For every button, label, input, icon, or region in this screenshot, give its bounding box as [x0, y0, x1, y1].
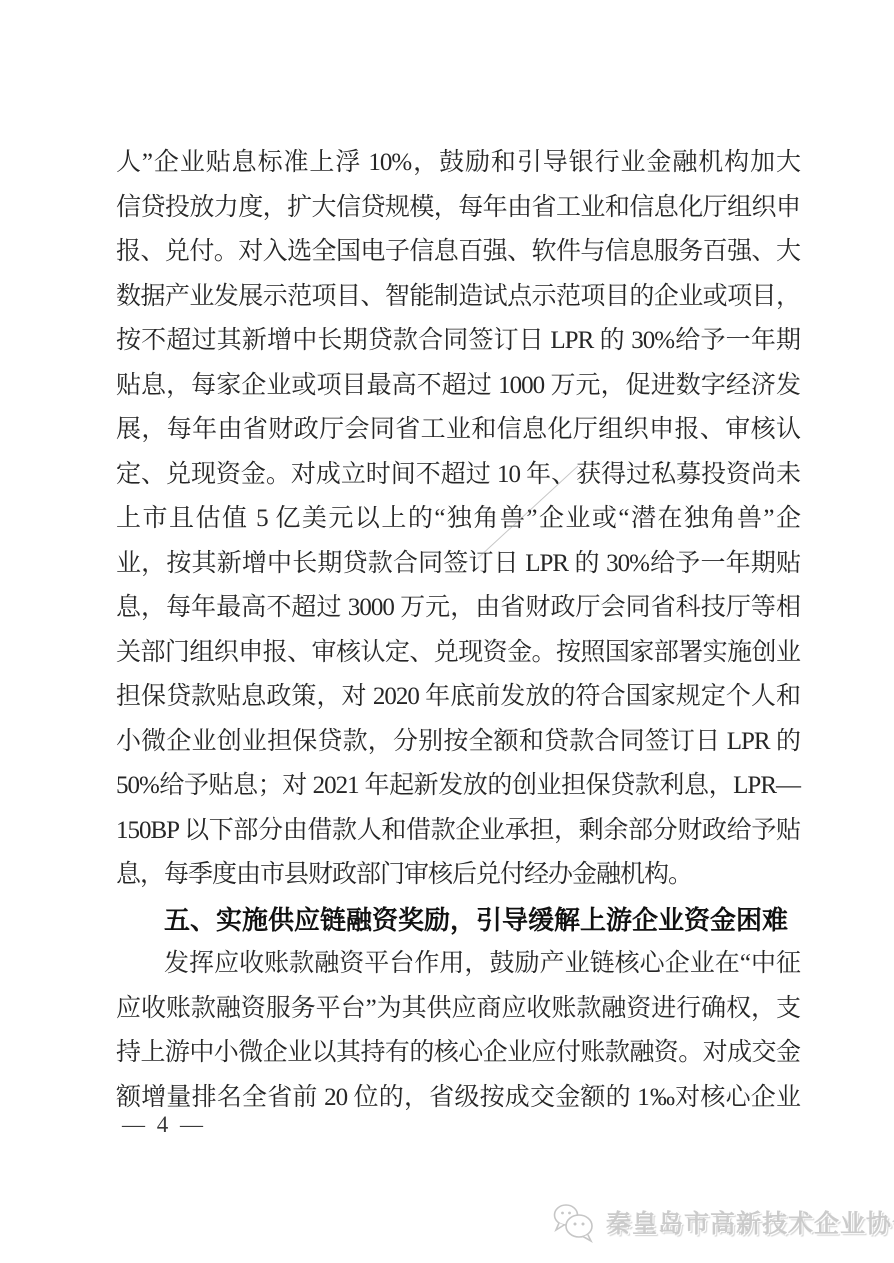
text-line: 应收账款融资服务平台”为其供应商应收账款融资进行确权，支	[116, 987, 800, 1032]
text-line: 担保贷款贴息政策，对 2020 年底前发放的符合国家规定个人和	[116, 675, 800, 720]
text-line: 小微企业创业担保贷款，分别按全额和贷款合同签订日 LPR 的	[116, 720, 800, 765]
body-text: 人”企业贴息标准上浮 10%，鼓励和引导银行业金融机构加大信贷投放力度，扩大信贷…	[116, 141, 800, 1120]
page-number: — 4 —	[122, 1112, 206, 1138]
text-line: 定、兑现资金。对成立时间不超过 10 年、获得过私募投资尚未	[116, 453, 800, 498]
text-line: 150BP 以下部分由借款人和借款企业承担，剩余部分财政给予贴	[116, 809, 800, 854]
text-line: 上市且估值 5 亿美元以上的“独角兽”企业或“潜在独角兽”企	[116, 497, 800, 542]
paragraph: 发挥应收账款融资平台作用，鼓励产业链核心企业在“中征应收账款融资服务平台”为其供…	[116, 942, 800, 1120]
wechat-icon	[550, 1198, 598, 1246]
association-watermark: 秦皇岛市高新技术企业协会	[550, 1198, 894, 1246]
document-page: 人”企业贴息标准上浮 10%，鼓励和引导银行业金融机构加大信贷投放力度，扩大信贷…	[0, 0, 894, 1263]
text-line: 贴息，每家企业或项目最高不超过 1000 万元，促进数字经济发	[116, 364, 800, 409]
text-line: 信贷投放力度，扩大信贷规模，每年由省工业和信息化厅组织申	[116, 186, 800, 231]
text-line: 按不超过其新增中长期贷款合同签订日 LPR 的 30%给予一年期	[116, 319, 800, 364]
paragraph-continuation: 人”企业贴息标准上浮 10%，鼓励和引导银行业金融机构加大信贷投放力度，扩大信贷…	[116, 141, 800, 898]
text-line: 50%给予贴息；对 2021 年起新发放的创业担保贷款利息，LPR—	[116, 764, 800, 809]
text-line: 发挥应收账款融资平台作用，鼓励产业链核心企业在“中征	[116, 942, 800, 987]
text-line: 数据产业发展示范项目、智能制造试点示范项目的企业或项目，	[116, 275, 800, 320]
text-line: 报、兑付。对入选全国电子信息百强、软件与信息服务百强、大	[116, 230, 800, 275]
section-heading: 五、实施供应链融资奖励，引导缓解上游企业资金困难	[116, 898, 800, 943]
text-line: 业，按其新增中长期贷款合同签订日 LPR 的 30%给予一年期贴	[116, 542, 800, 587]
association-name: 秦皇岛市高新技术企业协会	[606, 1204, 894, 1240]
text-line: 息，每年最高不超过 3000 万元，由省财政厅会同省科技厅等相	[116, 586, 800, 631]
text-line: 关部门组织申报、审核认定、兑现资金。按照国家部署实施创业	[116, 631, 800, 676]
text-line: 持上游中小微企业以其持有的核心企业应付账款融资。对成交金	[116, 1031, 800, 1076]
text-line: 息，每季度由市县财政部门审核后兑付经办金融机构。	[116, 853, 800, 898]
text-line: 展，每年由省财政厅会同省工业和信息化厅组织申报、审核认	[116, 408, 800, 453]
text-line: 额增量排名全省前 20 位的，省级按成交金额的 1‰对核心企业	[116, 1076, 800, 1121]
text-line: 人”企业贴息标准上浮 10%，鼓励和引导银行业金融机构加大	[116, 141, 800, 186]
